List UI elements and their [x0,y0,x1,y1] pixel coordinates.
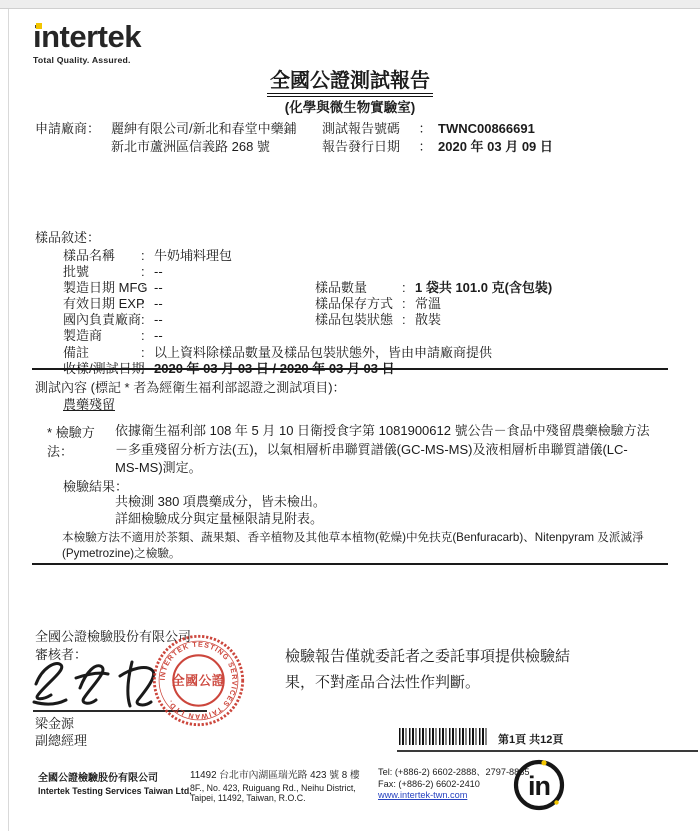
roundel-in-mark: in [528,771,550,801]
footer-company-block: 全國公證檢驗股份有限公司 Intertek Testing Services T… [38,772,192,798]
footer-company-en: Intertek Testing Services Taiwan Ltd. [38,785,192,798]
footer-address-block: 11492 台北市內湖區瑞光路 423 號 8 樓 8F., No. 423, … [190,770,360,804]
roundel-yellow-dot-bottom-icon [554,800,558,804]
footer-fax: Fax: (+886-2) 6602-2410 [378,779,529,791]
result-lines: 共檢測 380 項農藥成分，皆未檢出。 詳細檢驗成分與定量極限請見附表。 [115,493,326,527]
company-round-stamp: INTERTEK TESTING SERVICES TAIWAN LTD. 全國… [151,633,246,728]
certified-star-mark: * [47,425,52,440]
sample-field-row: 備註:以上資料除樣品數量及樣品包裝狀態外，皆由申請廠商提供 [63,342,492,358]
test-item-pesticide-residue: 農藥殘留 [63,394,115,413]
sample-section-heading: 樣品敘述： [35,227,100,246]
method-label: 檢驗方法： [47,425,95,459]
sample-field-row: 製造商:-- [63,325,492,341]
sample-field-row: 樣品名稱:牛奶埔料理包 [63,245,492,261]
footer-contact-block: Tel: (+886-2) 6602-2888、2797-8885 Fax: (… [378,767,529,802]
footer-address-en1: 8F., No. 423, Ruiguang Rd., Neihu Distri… [190,783,360,794]
report-subtitle: (化學與微生物實驗室) [0,96,700,116]
sample-field-row: 樣品數量:1 袋共 101.0 克(含包裝) [315,277,552,293]
footer-tel: Tel: (+886-2) 6602-2888、2797-8885 [378,767,529,779]
page-number: 第1頁 共12頁 [498,731,563,747]
test-method-block: * 檢驗方法： 依據衛生福利部 108 年 5 月 10 日衛授食字第 1081… [47,422,651,478]
result-line: 詳細檢驗成分與定量極限請見附表。 [115,510,326,527]
footer-website-link[interactable]: www.intertek-twn.com [378,790,467,800]
report-title: 全國公證測試報告 [267,70,433,97]
barcode [399,728,489,745]
section-divider [32,563,668,565]
sample-side-fields: 樣品數量:1 袋共 101.0 克(含包裝) 樣品保存方式:常溫 樣品包裝狀態:… [315,277,552,325]
intertek-roundel-logo: in [511,757,567,813]
footer-address-zh: 11492 台北市內湖區瑞光路 423 號 8 樓 [190,770,360,783]
footer-divider [397,750,698,752]
logo-yellow-dot-icon [36,23,42,29]
report-number-value: TWNC00866691 [438,121,535,136]
result-line: 共檢測 380 項農藥成分，皆未檢出。 [115,493,326,510]
method-limitation-note: 本檢驗方法不適用於茶類、蔬果類、香辛植物及其他草本植物(乾燥)中免扶克(Benf… [62,530,658,561]
sample-field-row: 收樣/測試日期:2020 年 03 月 03 日 / 2020 年 03 月 0… [63,358,492,374]
report-date-label: 報告發行日期 [322,138,412,156]
reviewer-title: 副總經理 [35,730,87,749]
applicant-block: 申請廠商：麗紳有限公司/新北和春堂中藥鋪 新北市蘆洲區信義路 268 號 [35,120,297,155]
intertek-logo: intertek Total Quality. Assured. [33,20,141,65]
section-divider [32,368,668,370]
report-date-value: 2020 年 03 月 09 日 [438,139,553,154]
applicant-label: 申請廠商： [35,120,111,138]
stamp-center-text: 全國公證 [172,673,225,688]
sample-field-row: 批號:-- [63,261,492,277]
sample-field-row: 樣品保存方式:常溫 [315,293,552,309]
footer-company-zh: 全國公證檢驗股份有限公司 [38,772,192,785]
method-text: 依據衛生福利部 108 年 5 月 10 日衛授食字第 1081900612 號… [115,422,651,478]
applicant-name: 麗紳有限公司/新北和春堂中藥鋪 [111,121,297,136]
page-left-edge [8,9,9,831]
report-title-row: 全國公證測試報告 [0,64,700,93]
report-number-label: 測試報告號碼 [322,120,412,138]
intertek-wordmark: intertek [33,20,141,54]
report-meta-block: 測試報告號碼：TWNC00866691 報告發行日期：2020 年 03 月 0… [322,120,553,155]
report-disclaimer: 檢驗報告僅就委託者之委託事項提供檢驗結果，不對產品合法性作判斷。 [285,644,589,696]
sample-field-row: 樣品包裝狀態:散裝 [315,309,552,325]
screen-top-strip [0,0,700,9]
footer-address-en2: Taipei, 11492, Taiwan, R.O.C. [190,793,360,804]
roundel-yellow-dot-top-icon [541,760,546,765]
applicant-address: 新北市蘆洲區信義路 268 號 [35,138,297,156]
